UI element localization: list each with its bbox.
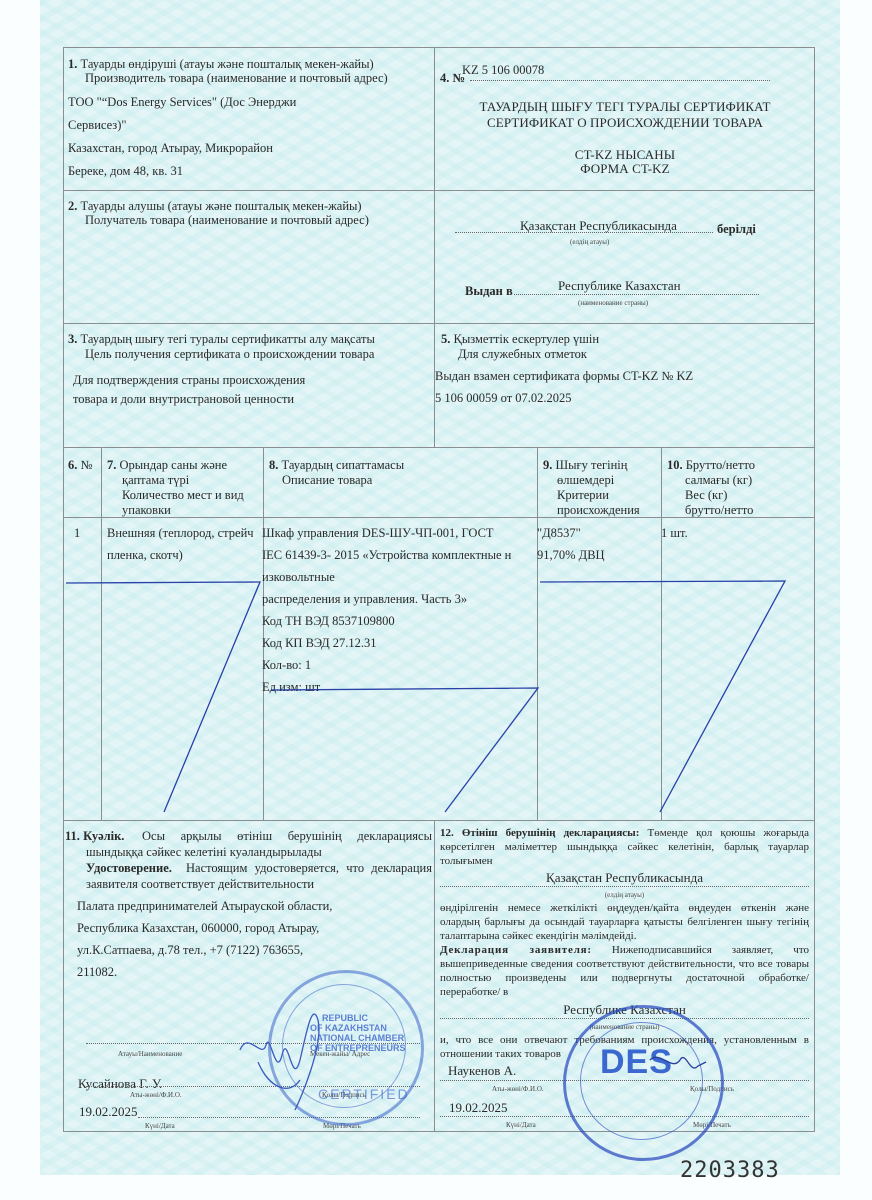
purpose-text: Для подтверждения страны происхождения: [73, 372, 305, 388]
divider: [434, 820, 435, 1132]
issued-suffix-kz: берілді: [717, 221, 756, 237]
divider: [537, 447, 538, 820]
col-title: салмағы (кг): [685, 472, 752, 488]
certificate-title-ru: СЕРТИФИКАТ О ПРОИСХОЖДЕНИИ ТОВАРА: [440, 114, 810, 131]
stamp-inner-circle: [580, 1022, 703, 1140]
box-number: 5.: [441, 332, 450, 346]
hs-code: Код ТН ВЭД 8537109800: [262, 613, 395, 629]
col-title: Тауардың сипаттамасы: [282, 458, 405, 472]
caption: Атауы/Наименование: [118, 1046, 182, 1062]
dotted-line: [470, 80, 770, 81]
declaration-date: 19.02.2025: [449, 1100, 508, 1116]
label-kz: Қызметтік ескертулер үшін: [454, 332, 600, 346]
label-ru: Производитель товара (наименование и поч…: [68, 70, 388, 86]
col-number: 9.: [543, 458, 552, 472]
declaration-ru: Декларация заявителя: Нижеподписавшийся …: [440, 943, 809, 999]
col-number: 7.: [107, 458, 116, 472]
stamp-certified: CERTIFIED: [318, 1086, 410, 1102]
chamber-address-cont: 211082.: [77, 964, 117, 980]
label-kz: Тауардың шығу тегі туралы сертификатты а…: [81, 332, 375, 346]
label-ru: Цель получения сертификата о происхожден…: [68, 346, 374, 362]
col-title: Шығу тегінің: [556, 458, 628, 472]
caption: Аты-жөні/Ф.И.О.: [130, 1087, 182, 1103]
weight: 1 шт.: [661, 525, 688, 541]
chamber-address-cont: ул.К.Сатпаева, д.78 тел., +7 (7122) 7636…: [77, 942, 303, 958]
notes-text: Выдан взамен сертификата формы CT-KZ № K…: [435, 368, 693, 384]
divider: [63, 820, 815, 821]
divider: [63, 190, 815, 191]
label-ru: Получатель товара (наименование и почтов…: [68, 212, 369, 228]
declaration-kz: 12. Өтініш берушінің декларациясы: Төмен…: [440, 826, 809, 868]
stamp-text: REPUBLIC OF KAZAKHSTAN NATIONAL CHAMBER …: [310, 1013, 380, 1053]
col-title: Количество мест и вид: [122, 487, 244, 503]
col-number: 10.: [667, 458, 683, 472]
divider: [661, 447, 662, 820]
row-number: 1: [74, 525, 80, 541]
box-number: 1.: [68, 57, 77, 71]
declarant-name: Наукенов А.: [448, 1063, 516, 1079]
origin-criteria-value: 91,70% ДВЦ: [537, 547, 605, 563]
kp-code: Код КП ВЭД 27.12.31: [262, 635, 377, 651]
label-kz: Тауарды алушы (атауы және пошталық мекен…: [81, 199, 362, 213]
stamp-line: OF KAZAKHSTAN: [310, 1023, 380, 1033]
unit: Ед.изм: шт: [262, 679, 320, 695]
packaging-cont: пленка, скотч): [107, 547, 183, 563]
producer-name: ТОО "“Dos Energy Services" (Дос Энерджи: [68, 94, 296, 110]
caption: Аты-жөні/Ф.И.О.: [492, 1081, 544, 1097]
label-ru: Для служебных отметок: [441, 346, 587, 362]
producer-name-cont: Сервисез)": [68, 117, 126, 133]
producer-address-cont: Береке, дом 48, кв. 31: [68, 163, 183, 179]
label-ru: Настоящим удостоверяется, что декларация…: [86, 860, 432, 892]
col-number: 6.: [68, 458, 77, 472]
label-bold: Өтініш берушінің декларациясы:: [462, 827, 640, 839]
col-title: Вес (кг): [685, 487, 727, 503]
caption: (наименование страны): [578, 295, 648, 311]
description-line: распределения и управления. Часть 3»: [262, 591, 467, 607]
certificate-number: KZ 5 106 00078: [462, 62, 544, 78]
issued-country-ru: Республике Казахстан: [558, 278, 681, 294]
divider: [101, 447, 102, 820]
label-bold: Декларация заявителя:: [440, 944, 592, 956]
col-title: өлшемдері: [557, 472, 614, 488]
col-title: брутто/нетто: [685, 502, 753, 518]
purpose-text-cont: товара и доли внутристрановой ценности: [73, 391, 294, 407]
divider: [263, 447, 264, 820]
box-number: 2.: [68, 199, 77, 213]
notes-text-cont: 5 106 00059 от 07.02.2025: [435, 390, 572, 406]
chamber-name: Палата предпринимателей Атырауской облас…: [77, 898, 332, 914]
box-number: 3.: [68, 332, 77, 346]
divider: [63, 447, 815, 448]
label-kz: Осы арқылы өтініш берушінің декларациясы…: [86, 828, 432, 860]
col-title: происхождения: [557, 502, 640, 518]
form-ru: ФОРМА CT-KZ: [440, 160, 810, 177]
issued-prefix-ru: Выдан в: [465, 283, 513, 299]
divider: [63, 323, 815, 324]
serial-number: 2203383: [680, 1158, 780, 1183]
certification-date: 19.02.2025: [79, 1104, 138, 1120]
stamp-line: OF ENTREPRENEURS: [310, 1043, 380, 1053]
caption: Күні/Дата: [506, 1117, 536, 1133]
col-title: Орындар саны және: [120, 458, 228, 472]
stamp-line: NATIONAL CHAMBER: [310, 1033, 380, 1043]
col-title: №: [81, 458, 93, 472]
label-kz: Тауарды өндіруші (атауы және пошталық ме…: [81, 57, 374, 71]
declaration-text-kz: өндірілгенін немесе жеткілікті өңдеуден/…: [440, 901, 809, 943]
caption: (елдің атауы): [570, 234, 609, 250]
col-title: упаковки: [122, 502, 171, 518]
col-title: Описание товара: [282, 472, 372, 488]
certificate-title-kz: ТАУАРДЫҢ ШЫҒУ ТЕГІ ТУРАЛЫ СЕРТИФИКАТ: [440, 98, 810, 115]
chamber-address: Республика Казахстан, 060000, город Атыр…: [77, 920, 319, 936]
header-col-6: 6. №: [68, 457, 92, 473]
issued-country-kz: Қазақстан Республикасында: [520, 218, 677, 234]
stamp-line: REPUBLIC: [310, 1013, 380, 1023]
divider: [434, 47, 435, 447]
col-title: Критерии: [557, 487, 609, 503]
packaging: Внешняя (теплород, стрейч: [107, 525, 254, 541]
producer-address: Казахстан, город Атырау, Микрорайон: [68, 140, 273, 156]
description-line: изковольтные: [262, 569, 335, 585]
col-number: 8.: [269, 458, 278, 472]
des-logo: DES: [600, 1044, 673, 1080]
col-title: қаптама түрі: [122, 472, 189, 488]
quantity: Кол-во: 1: [262, 657, 311, 673]
col-title: Брутто/нетто: [686, 458, 755, 472]
origin-criteria: "Д8537": [537, 525, 581, 541]
box-number: 12.: [440, 827, 454, 839]
declaration-country-kz: Қазақстан Республикасында: [440, 870, 809, 886]
caption: Күні/Дата: [145, 1118, 175, 1134]
box-number: 11.: [65, 829, 80, 843]
description-line: IEC 61439-3- 2015 «Устройства комплектны…: [262, 547, 511, 563]
description-line: Шкаф управления DES-ШУ-ЧП-001, ГОСТ: [262, 525, 494, 541]
